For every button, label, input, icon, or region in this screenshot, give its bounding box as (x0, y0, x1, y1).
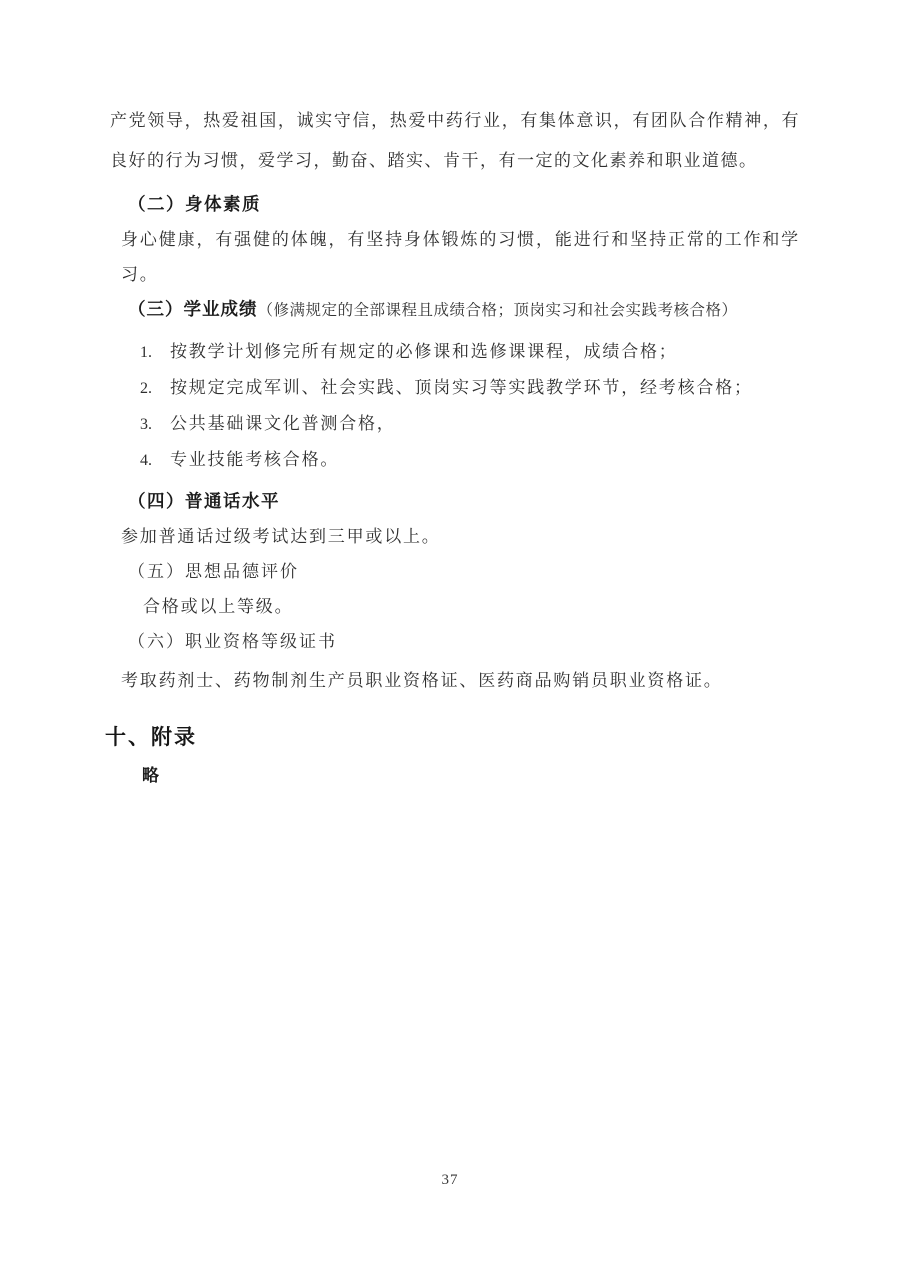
list-item: 1.按教学计划修完所有规定的必修课和选修课课程，成绩合格； (110, 334, 800, 370)
list-item: 2.按规定完成军训、社会实践、顶岗实习等实践教学环节，经考核合格； (110, 370, 800, 406)
list-item-marker: 4. (140, 443, 158, 478)
page-number: 37 (0, 1172, 900, 1189)
list-item-text: 按规定完成军训、社会实践、顶岗实习等实践教学环节，经考核合格； (170, 378, 753, 397)
list-item-marker: 2. (140, 371, 158, 406)
section-4-heading: （四）普通话水平 (110, 484, 800, 519)
list-item-text: 公共基础课文化普测合格， (170, 414, 396, 433)
section-3-heading-title: （三）学业成绩 (128, 299, 258, 319)
section-4-body: 参加普通话过级考试达到三甲或以上。 (110, 519, 800, 554)
section-6-body: 考取药剂士、药物制剂生产员职业资格证、医药商品购销员职业资格证。 (110, 663, 800, 698)
section-3-heading-note: （修满规定的全部课程且成绩合格；顶岗实习和社会实践考核合格） (258, 302, 738, 319)
section-3-list: 1.按教学计划修完所有规定的必修课和选修课课程，成绩合格； 2.按规定完成军训、… (110, 334, 800, 478)
list-item-text: 专业技能考核合格。 (170, 450, 339, 469)
list-item-marker: 3. (140, 407, 158, 442)
document-content: 产党领导，热爱祖国，诚实守信，热爱中药行业，有集体意识，有团队合作精神，有良好的… (110, 0, 800, 793)
section-5-body: 合格或以上等级。 (110, 589, 800, 624)
list-item-marker: 1. (140, 335, 158, 370)
list-item: 4.专业技能考核合格。 (110, 442, 800, 478)
section-2-body: 身心健康，有强健的体魄，有坚持身体锻炼的习惯，能进行和坚持正常的工作和学习。 (110, 222, 800, 292)
appendix-body: 略 (110, 758, 800, 793)
list-item: 3.公共基础课文化普测合格， (110, 406, 800, 442)
document-page: 产党领导，热爱祖国，诚实守信，热爱中药行业，有集体意识，有团队合作精神，有良好的… (0, 0, 900, 1272)
intro-paragraph: 产党领导，热爱祖国，诚实守信，热爱中药行业，有集体意识，有团队合作精神，有良好的… (110, 101, 800, 181)
section-6-heading: （六）职业资格等级证书 (110, 624, 800, 659)
section-3-heading: （三）学业成绩（修满规定的全部课程且成绩合格；顶岗实习和社会实践考核合格） (110, 292, 800, 328)
appendix-heading: 十、附录 (105, 718, 800, 758)
section-5-heading: （五）思想品德评价 (110, 554, 800, 589)
list-item-text: 按教学计划修完所有规定的必修课和选修课课程，成绩合格； (170, 342, 678, 361)
section-2-heading: （二）身体素质 (110, 187, 800, 222)
